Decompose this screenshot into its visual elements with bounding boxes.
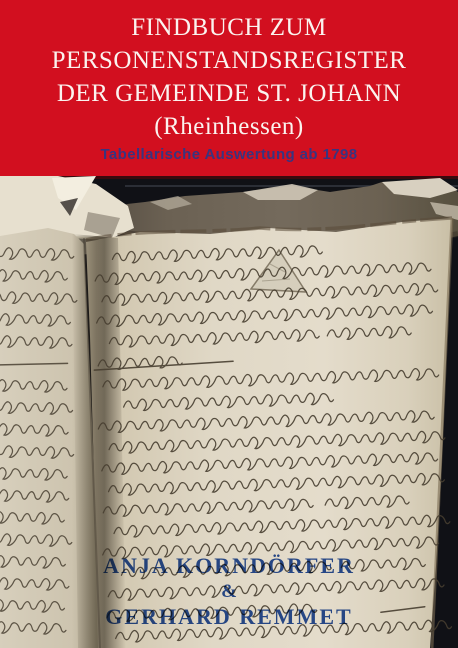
title-line-4: (Rheinhessen)	[0, 110, 458, 143]
author-1: ANJA KORNDÖRFER	[0, 553, 458, 579]
title-line-3: DER GEMEINDE ST. JOHANN	[0, 77, 458, 110]
book-cover: FINDBUCH ZUM PERSONENSTANDSREGISTER DER …	[0, 0, 458, 648]
book-title: FINDBUCH ZUM PERSONENSTANDSREGISTER DER …	[0, 0, 458, 143]
book-subtitle: Tabellarische Auswertung ab 1798	[0, 146, 458, 163]
title-line-1: FINDBUCH ZUM	[0, 11, 458, 44]
cover-banner: FINDBUCH ZUM PERSONENSTANDSREGISTER DER …	[0, 0, 458, 176]
author-separator: &	[0, 579, 458, 604]
author-2: GERHARD REMMET	[0, 604, 458, 630]
title-line-2: PERSONENSTANDSREGISTER	[0, 44, 458, 77]
author-names: ANJA KORNDÖRFER & GERHARD REMMET	[0, 553, 458, 630]
